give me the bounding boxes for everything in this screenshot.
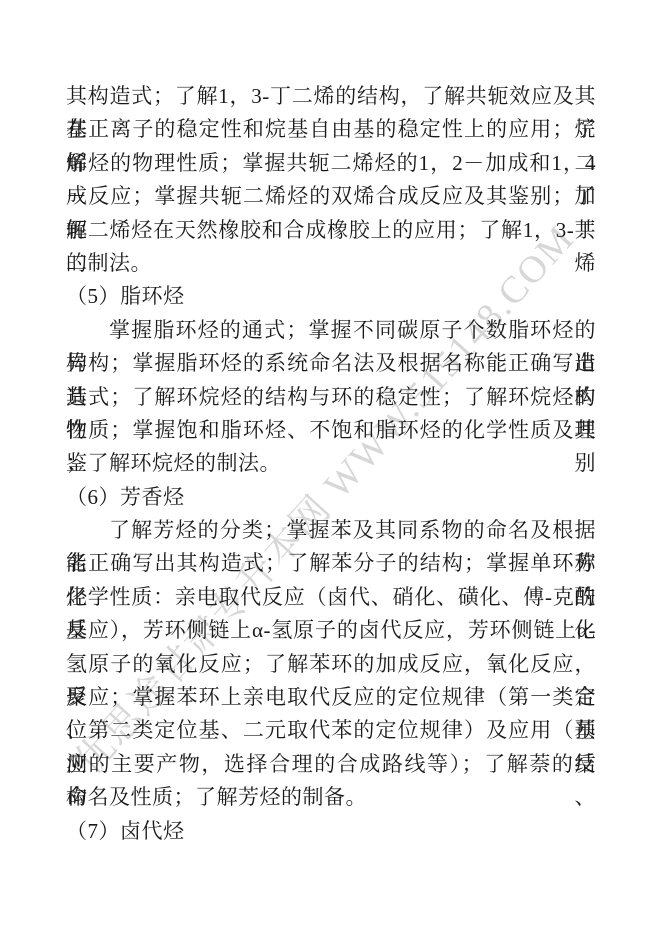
text-line: 成反应；掌握共轭二烯烃的双烯合成反应及其鉴别；了解共	[66, 180, 596, 213]
text-line: 异构；掌握脂环烃的系统命名法及根据名称能正确写出其构	[66, 347, 596, 380]
text-line: 其构造式；了解1，3-丁二烯的结构，了解共轭效应及其在烷	[66, 80, 596, 113]
text-line: 造式；了解环烷烃的结构与环的稳定性；了解环烷烃的物理	[66, 381, 596, 414]
text-line: 了解芳烃的分类；掌握苯及其同系物的命名及根据名称	[66, 514, 596, 547]
text-line: 氢原子的氧化反应；了解苯环的加成反应，氧化反应，聚合	[66, 648, 596, 681]
section-heading: （6）芳香烃	[66, 481, 596, 514]
text-line: 反应），芳环侧链上α-氢原子的卤代反应，芳环侧链上α-	[66, 614, 596, 647]
section-heading: （7）卤代烃	[66, 815, 596, 848]
text-line: 能正确写出其构造式；了解苯分子的结构；掌握单环芳烃的	[66, 547, 596, 580]
text-line: 、第二类定位基、二元取代苯的定位规律）及应用（预测反	[66, 714, 596, 747]
text-line: 反应；掌握苯环上亲电取代反应的定位规律（第一类定位基	[66, 681, 596, 714]
text-line: 烯烃的物理性质；掌握共轭二烯烃的1，2－加成和1，4－加	[66, 147, 596, 180]
text-line: 掌握脂环烃的通式；掌握不同碳原子个数脂环烃的构造	[66, 314, 596, 347]
text-line: 性质；掌握饱和脂环烃、不饱和脂环烃的化学性质及其鉴别	[66, 414, 596, 447]
text-line: 化学性质：亲电取代反应（卤代、硝化、磺化、傅-克酰基化	[66, 581, 596, 614]
document-page: 优思途甘肃专升本网 WWW.515148.COM 其构造式；了解1，3-丁二烯的…	[0, 0, 661, 935]
text-line: 应的主要产物，选择合理的合成路线等）；了解萘的结构、	[66, 748, 596, 781]
section-heading: （5）脂环烃	[66, 280, 596, 313]
text-line: 基正离子的稳定性和烷基自由基的稳定性上的应用；了解二	[66, 113, 596, 146]
text-line: 轭二烯烃在天然橡胶和合成橡胶上的应用；了解1，3-丁二烯	[66, 214, 596, 247]
document-body: 其构造式；了解1，3-丁二烯的结构，了解共轭效应及其在烷 基正离子的稳定性和烷基…	[66, 80, 596, 848]
